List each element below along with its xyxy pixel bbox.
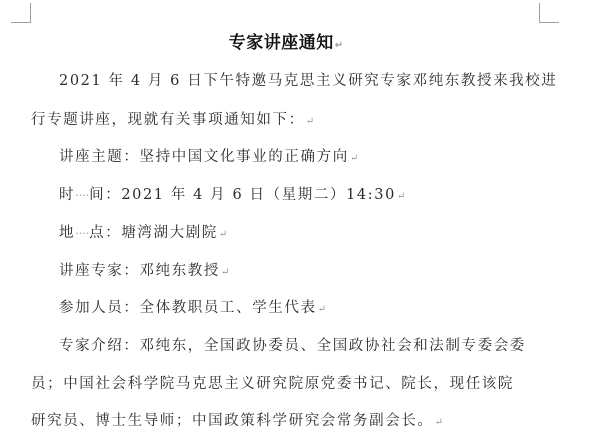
paragraph-mark-icon: ↵ (318, 304, 326, 315)
field-value: 坚持中国文化事业的正确方向 (140, 149, 349, 165)
space-dots: ···· (75, 189, 89, 202)
paragraph-mark-icon: ↵ (221, 267, 229, 278)
field-label-end: 点： (89, 225, 121, 241)
field-label-start: 时 (59, 187, 75, 203)
paragraph-mark-icon: ↵ (435, 417, 443, 428)
margin-corner-mark-top-right (539, 3, 559, 23)
field-topic: 讲座主题：坚持中国文化事业的正确方向↵ (59, 147, 579, 169)
intro-line-2: 行专题讲座，现就有关事项通知如下：↵ (31, 110, 551, 132)
paragraph-mark-icon: ↵ (350, 153, 358, 164)
field-label: 参加人员： (59, 300, 140, 316)
intro-line-1: 2021 年 4 月 6 日下午特邀马克思主义研究专家邓纯东教授来我校进 (59, 71, 579, 91)
document-title: 专家讲座通知↵ (31, 32, 541, 57)
bio-line-2: 员；中国社会科学院马克思主义研究院原党委书记、院长，现任该院 (31, 374, 551, 394)
field-value: 邓纯东教授 (140, 263, 221, 279)
paragraph-mark-icon: ↵ (397, 191, 405, 202)
space-dots: ···· (75, 227, 89, 240)
field-time: 时····间：2021 年 4 月 6 日（星期二）14:30↵ (59, 185, 579, 207)
margin-corner-mark-top-left (11, 3, 31, 23)
paragraph-mark-icon: ↵ (306, 116, 314, 127)
paragraph-mark-icon: ↵ (219, 229, 227, 240)
field-value: 2021 年 4 月 6 日（星期二）14:30 (121, 187, 396, 203)
field-label: 讲座主题： (59, 149, 140, 165)
field-value: 塘湾湖大剧院 (121, 225, 218, 241)
bio-line-3: 研究员、博士生导师；中国政策科学研究会常务副会长。↵ (31, 411, 551, 433)
field-value: 全体教职员工、学生代表 (140, 300, 317, 316)
field-attendees: 参加人员：全体教职员工、学生代表↵ (59, 298, 579, 320)
field-label-end: 间： (89, 187, 121, 203)
field-speaker: 讲座专家：邓纯东教授↵ (59, 261, 579, 283)
paragraph-mark-icon: ↵ (335, 40, 343, 51)
field-label-start: 地 (59, 225, 75, 241)
bio-line-1: 专家介绍：邓纯东，全国政协委员、全国政协社会和法制专委会委 (59, 336, 579, 356)
field-label: 讲座专家： (59, 263, 140, 279)
field-location: 地····点：塘湾湖大剧院↵ (59, 223, 579, 245)
